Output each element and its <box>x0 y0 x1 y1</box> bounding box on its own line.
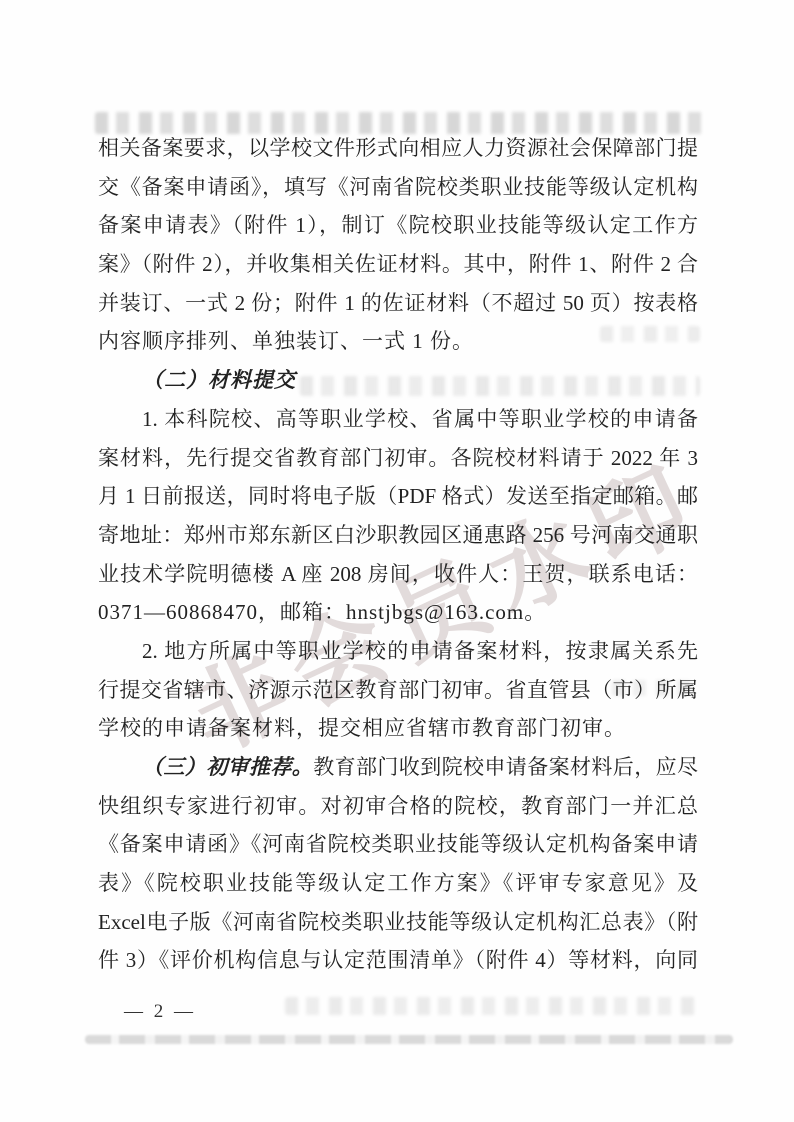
document-line: 内容顺序排列、单独装订、一式 1 份。 <box>98 322 698 361</box>
document-line: 并装订、一式 2 份；附件 1 的佐证材料（不超过 50 页）按表格 <box>98 284 698 323</box>
document-line: 交《备案申请函》，填写《河南省院校类职业技能等级认定机构 <box>98 168 698 207</box>
bleed-artifact-bottom-streak <box>85 1035 733 1044</box>
page-number: — 2 — <box>124 1000 196 1024</box>
document-line: 快组织专家进行初审。对初审合格的院校，教育部门一并汇总 <box>98 787 698 826</box>
document-line: 表》《院校职业技能等级认定工作方案》《评审专家意见》及 <box>98 864 698 903</box>
document-line: 业技术学院明德楼 A 座 208 房间，收件人：王贺，联系电话： <box>98 555 698 594</box>
document-line: 1. 本科院校、高等职业学校、省属中等职业学校的申请备 <box>98 400 698 439</box>
document-line: 《备案申请函》《河南省院校类职业技能等级认定机构备案申请 <box>98 825 698 864</box>
document-line: （三）初审推荐。教育部门收到院校申请备案材料后，应尽 <box>98 748 698 787</box>
bleed-artifact-bottom <box>285 997 700 1015</box>
document-line: 行提交省辖市、济源示范区教育部门初审。省直管县（市）所属 <box>98 671 698 710</box>
document-line-text: 教育部门收到院校申请备案材料后，应尽 <box>313 755 698 779</box>
document-line: 月 1 日前报送，同时将电子版（PDF 格式）发送至指定邮箱。邮 <box>98 477 698 516</box>
document-body: 相关备案要求，以学校文件形式向相应人力资源社会保障部门提 交《备案申请函》，填写… <box>98 129 698 980</box>
document-line: 学校的申请备案材料，提交相应省辖市教育部门初审。 <box>98 709 698 748</box>
section-heading-2: （二）材料提交 <box>98 361 698 400</box>
document-line: 相关备案要求，以学校文件形式向相应人力资源社会保障部门提 <box>98 129 698 168</box>
document-line: 备案申请表》（附件 1），制订《院校职业技能等级认定工作方 <box>98 206 698 245</box>
document-line: 寄地址：郑州市郑东新区白沙职教园区通惠路 256 号河南交通职 <box>98 516 698 555</box>
document-line: 件 3）《评价机构信息与认定范围清单》（附件 4）等材料，向同 <box>98 941 698 980</box>
document-line: 案》（附件 2），并收集相关佐证材料。其中，附件 1、附件 2 合 <box>98 245 698 284</box>
document-line-contact: 0371—60868470，邮箱：hnstjbgs@163.com。 <box>98 593 698 632</box>
section-heading-3: （三）初审推荐。 <box>142 755 313 779</box>
document-line: 2. 地方所属中等职业学校的申请备案材料，按隶属关系先 <box>98 632 698 671</box>
document-line: 案材料，先行提交省教育部门初审。各院校材料请于 2022 年 3 <box>98 439 698 478</box>
scanned-document-page: 非会员水印 相关备案要求，以学校文件形式向相应人力资源社会保障部门提 交《备案申… <box>0 0 794 1122</box>
document-line: Excel电子版《河南省院校类职业技能等级认定机构汇总表》（附 <box>98 903 698 942</box>
